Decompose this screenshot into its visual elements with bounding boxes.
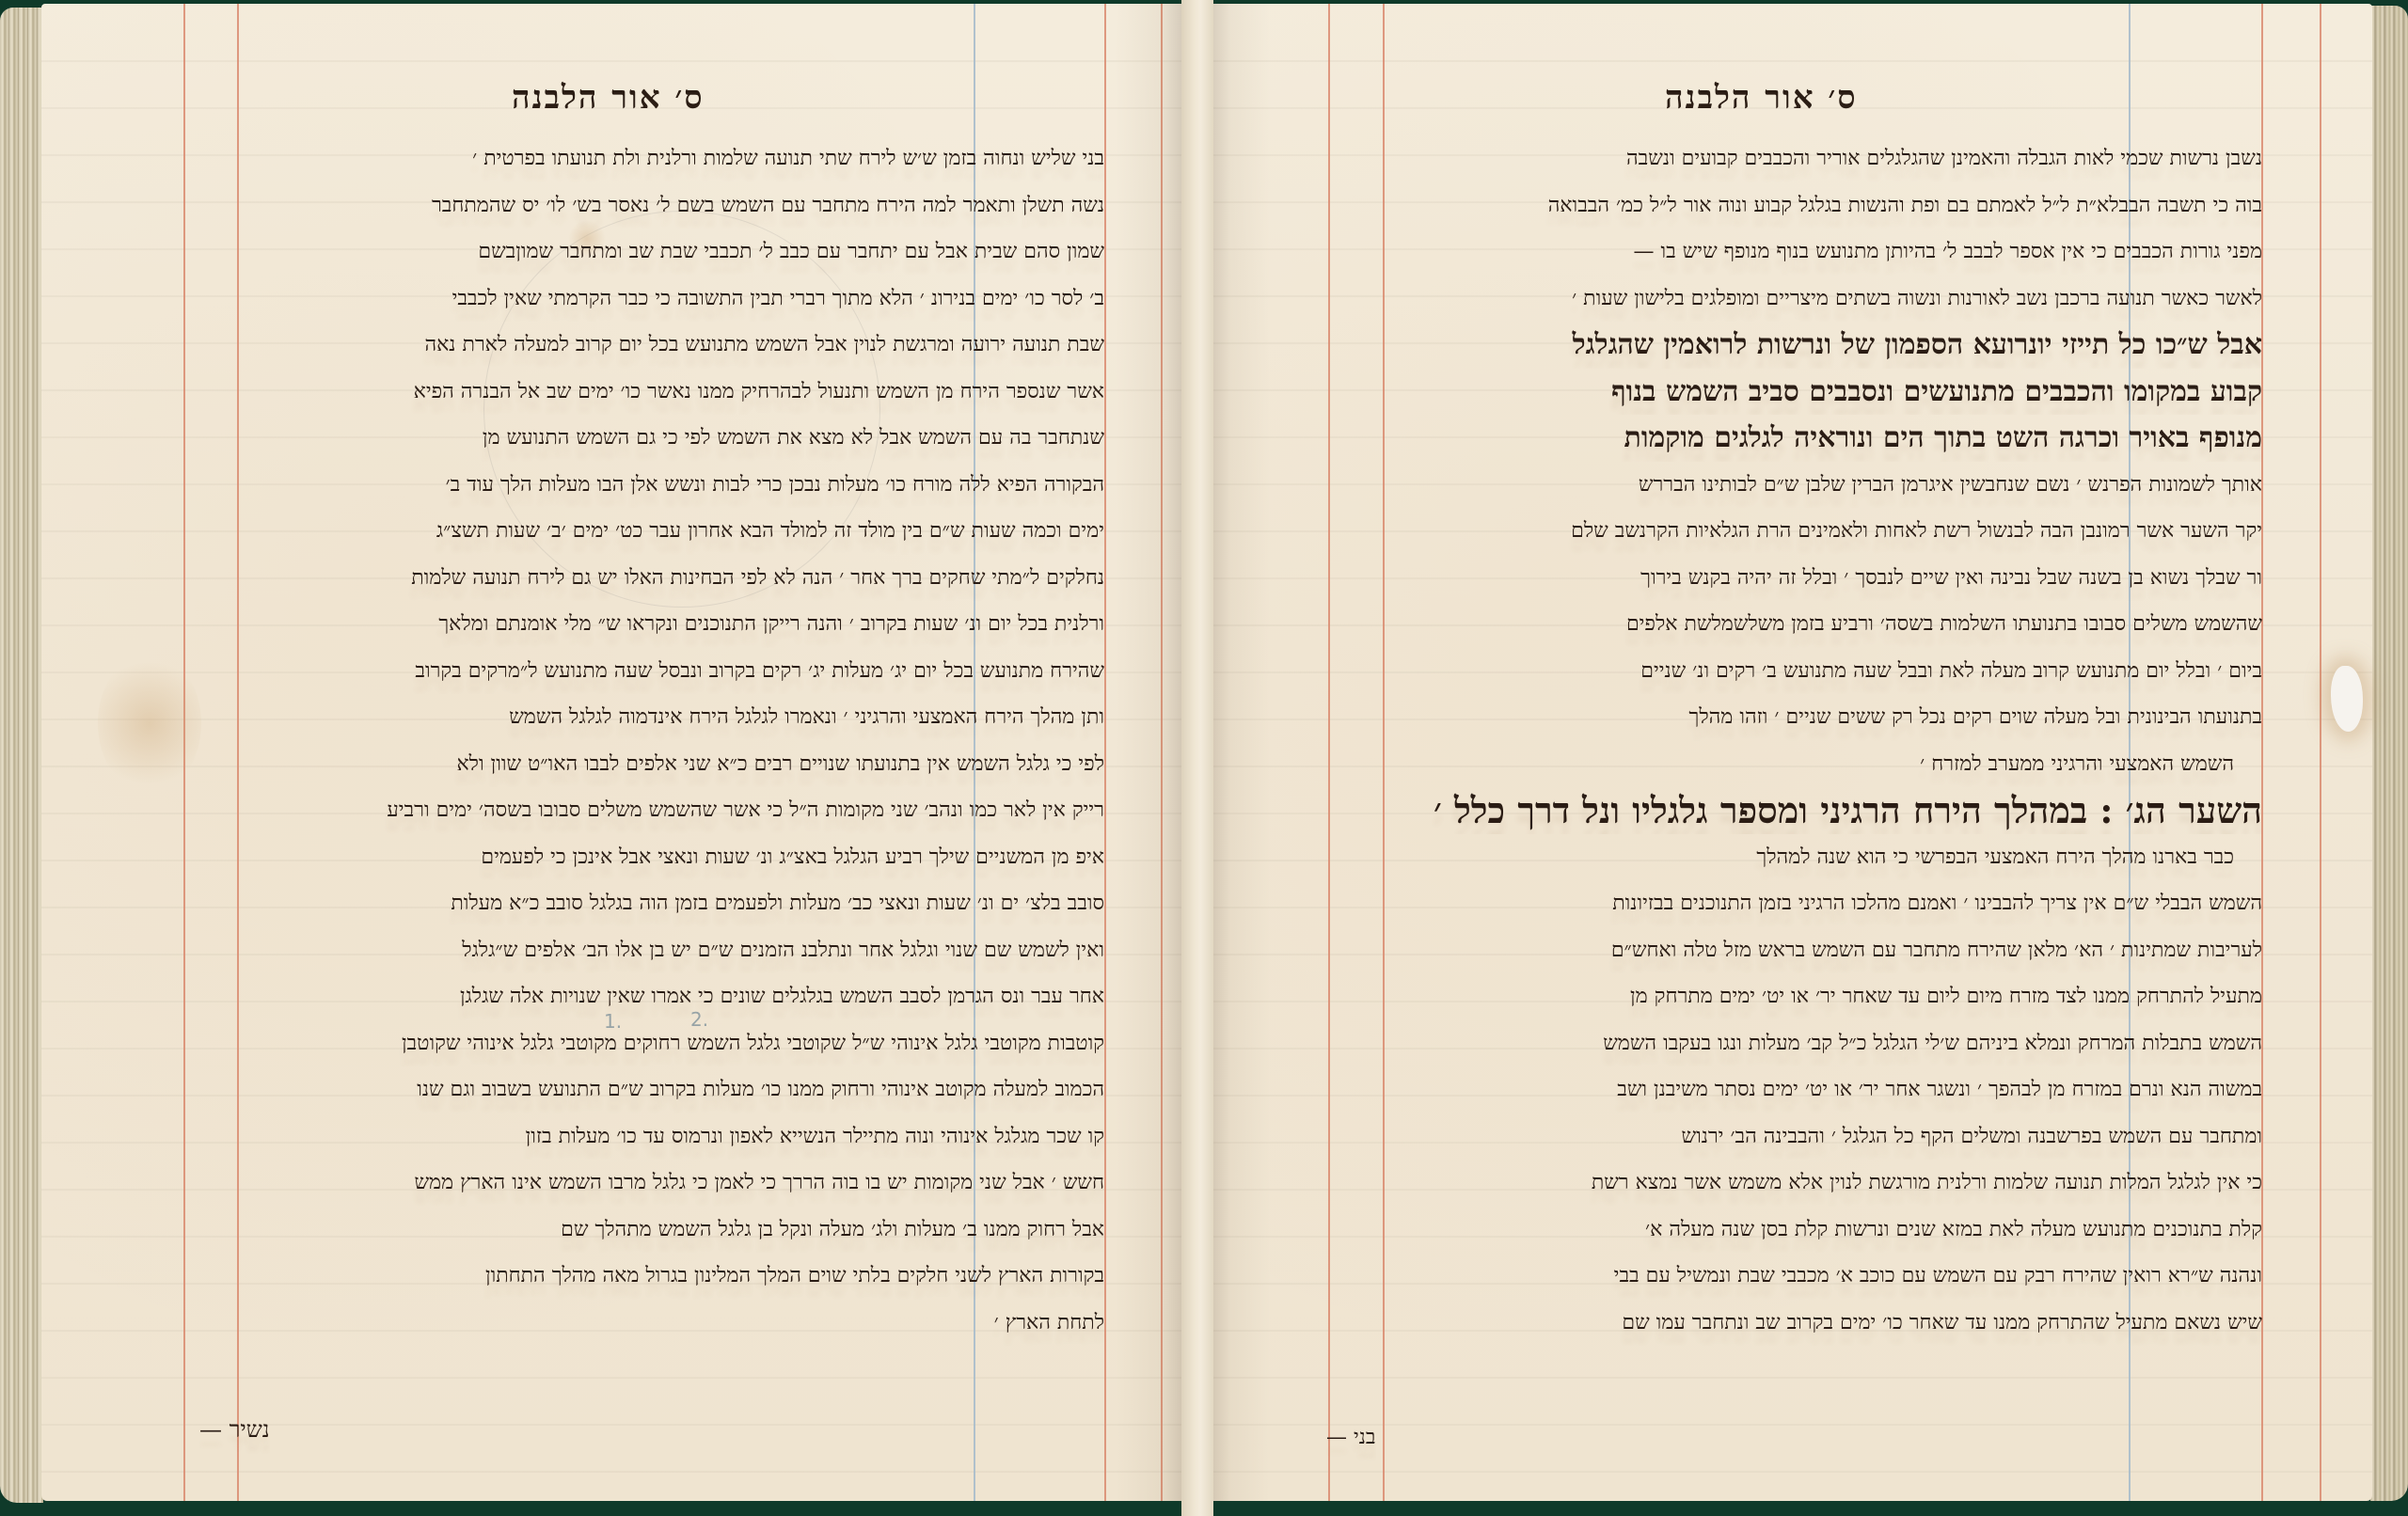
right-page-text: נשבן נרשות שכמי לאות הגבלה והאמינן שהגלג… <box>1317 135 2262 1346</box>
gutter-shadow <box>1116 4 1181 1501</box>
text-line: ואין לשמש שם שנוי וגלגל אחר ונתלבנ הזמני… <box>154 927 1104 974</box>
text-line: איפ מן המשניים שילך רביע הגלגל באצ״ג ונ׳… <box>154 834 1104 881</box>
text-line: ב׳ לסר כו׳ ימים בנירונ ׳ הלא מתוך רברי ת… <box>154 276 1104 323</box>
running-title: ס׳ אור הלבנה <box>1665 79 1858 117</box>
text-line: לאשר כאשר תנועה ברכבן נשב לאורנות ונשוה … <box>1317 276 2262 323</box>
text-line: השמש האמצעי והרגיני ממערב למזרח ׳ <box>1317 741 2262 788</box>
page-edges-left <box>0 8 43 1503</box>
text-line: ונהנה ש״רא רואין שהירח רבק עם השמש עם כו… <box>1317 1253 2262 1300</box>
text-line: ומתחבר עם השמש בפרשבנה ומשלים הקף כל הגל… <box>1317 1113 2262 1161</box>
paper-tear-damage <box>2331 666 2363 732</box>
text-line: חשש ׳ אבל שני מקומות יש בו בוה הררך כי ל… <box>154 1160 1104 1207</box>
pencil-annotation: 1. <box>604 1010 622 1033</box>
text-line: לתחת הארץ ׳ <box>154 1300 1104 1347</box>
closing-catchword: בני — <box>1326 1414 1376 1461</box>
book-gutter <box>1181 0 1213 1516</box>
pencil-annotation: 2. <box>690 1008 708 1031</box>
text-line: לפי כי גלגל השמש אין בתנועתו שנויים רבים… <box>154 741 1104 788</box>
section-heading: השער הג׳ : במהלך הירח הרגיני ומספר גלגלי… <box>1317 787 2262 834</box>
text-line: בוה כי תשבה הבבלא״ת ל״ל לאמתם בם ופת והנ… <box>1317 182 2262 229</box>
text-line: הבקורה הפיא ללה מורח כו׳ מעלות נבכן כרי … <box>154 462 1104 509</box>
text-line: ימים וכמה שעות ש״ם בין מולד זה למולד הבא… <box>154 508 1104 555</box>
right-page: ס׳ אור הלבנה נשבן נרשות שכמי לאות הגבלה … <box>1213 4 2372 1501</box>
text-line: כי אין לגלגל המלות תנועה שלמות ורלנית מו… <box>1317 1160 2262 1207</box>
text-line: אותך לשמונות הפרנש ׳ נשם שנחבשין איגרמן … <box>1317 462 2262 509</box>
text-line: נשבן נרשות שכמי לאות הגבלה והאמינן שהגלג… <box>1317 135 2262 182</box>
left-page-text: בני שליש ונחוה בזמן ש׳ש לירח שתי תנועה ש… <box>154 135 1104 1346</box>
section-subline: כבר בארנו מהלך הירח האמצעי הבפרשי כי הוא… <box>1317 834 2262 881</box>
text-line: שיש נשאם מתעיל שהתרחק ממנו עד שאחר כו׳ י… <box>1317 1300 2262 1347</box>
text-line: נחלקים ל״מתי שחקים ברך אחר ׳ הנה לא לפי … <box>154 555 1104 602</box>
running-title: ס׳ אור הלבנה <box>512 79 705 117</box>
text-line: בקורות הארץ לשני חלקים בלתי שוים המלך המ… <box>154 1253 1104 1300</box>
left-page: ס׳ אור הלבנה בני שליש ונחוה בזמן ש׳ש ליר… <box>41 4 1181 1501</box>
text-line: קוטבות מקוטבי גלגל אינוהי ש״ל שקוטבי גלג… <box>154 1020 1104 1067</box>
text-line: שהשמש משלים סבובו בתנועתו השלמות בשסה׳ ו… <box>1317 601 2262 648</box>
page-edges-right <box>2370 6 2408 1501</box>
open-manuscript-book: ס׳ אור הלבנה בני שליש ונחוה בזמן ש׳ש ליר… <box>0 0 2408 1516</box>
text-line: הכמוב למעלה מקוטב אינוהי ורחוק ממנו כו׳ … <box>154 1066 1104 1113</box>
text-line: נשה תשלן ותאמר למה הירח מתחבר עם השמש בש… <box>154 182 1104 229</box>
text-line: יקר השער אשר רמונבן הבה לבנשול רשת לאחות… <box>1317 508 2262 555</box>
text-line: קו שכר מגלגל אינוהי ונוה מתיילר הנשייא ל… <box>154 1113 1104 1161</box>
text-line: מתעיל להתרחק ממנו לצד מזרח מיום ליום עד … <box>1317 973 2262 1020</box>
text-line: בני שליש ונחוה בזמן ש׳ש לירח שתי תנועה ש… <box>154 135 1104 182</box>
closing-catchword: נשיר — <box>199 1407 270 1454</box>
text-line: ביום ׳ ובלל יום מתנועש קרוב מעלה לאת ובב… <box>1317 648 2262 695</box>
text-line: שהירח מתנועש בכל יום יג׳ מעלות יג׳ רקים … <box>154 648 1104 695</box>
text-line: שנתחבר בה עם השמש אבל לא מצא את השמש לפי… <box>154 415 1104 462</box>
text-line: סובב בלצ׳ ים ונ׳ שעות ונאצי כב׳ מעלות ול… <box>154 880 1104 927</box>
text-line: לעריבות שמתינות ׳ הא׳ מלאן שהירח מתחבר ע… <box>1317 927 2262 974</box>
text-line: אחר עבר ונס הגרמן לסבב השמש בגלגלים שוני… <box>154 973 1104 1020</box>
text-line: ותן מהלך הירח האמצעי והרגיני ׳ ונאמרו לג… <box>154 694 1104 741</box>
text-line: שמון סהם שבית אבל עם יתחבר עם כבב ל׳ תכב… <box>154 229 1104 276</box>
margin-line-red <box>2320 4 2321 1501</box>
text-line: אשר שנספר הירח מן השמש ותנעול לבהרחיק ממ… <box>154 369 1104 416</box>
margin-line-red <box>1104 4 1106 1501</box>
text-line: בתנועתו הבינונית ובל מעלה שוים רקים נכל … <box>1317 694 2262 741</box>
text-line: שבת תנועה ירועה ומרגשת לנוין אבל השמש מת… <box>154 322 1104 369</box>
text-line: במשוה הנא ונרם במזרח מן לבהפך ׳ ונשגר אח… <box>1317 1066 2262 1113</box>
text-line: מנופף באויר וכרגה השט בתוך הים ונוראיה ל… <box>1317 415 2262 462</box>
text-line: רייק אין לאר כמו ונהב׳ שני מקומות ה״ל כי… <box>154 787 1104 834</box>
text-line: מפני גורות הכבבים כי אין אספר לבבב ל׳ בה… <box>1317 229 2262 276</box>
text-line: השמש הבבלי ש״ם אין צריך להבבינו ׳ ואמנם … <box>1317 880 2262 927</box>
text-line: אבל רחוק ממנו ב׳ מעלות ולג׳ מעלה ונקל בן… <box>154 1207 1104 1254</box>
text-line: ורלנית בכל יום ונ׳ שעות בקרוב ׳ והנה ריי… <box>154 601 1104 648</box>
text-line: השמש בתבלות המרחק ונמלא ביניהם ש׳לי הגלג… <box>1317 1020 2262 1067</box>
text-line: קבוע במקומו והכבבים מתנועשים ונסבבים סבי… <box>1317 369 2262 416</box>
gutter-shadow <box>1213 4 1270 1501</box>
text-line: אבל ש״כו כל תייזי יונרועא הספמון של ונרש… <box>1317 322 2262 369</box>
text-line: קלת בתנוכנים מתנועש מעלה לאת במזא שנים ו… <box>1317 1207 2262 1254</box>
text-line: ור שבלך נשוא בן בשנה שבל נבינה ואין שיים… <box>1317 555 2262 602</box>
